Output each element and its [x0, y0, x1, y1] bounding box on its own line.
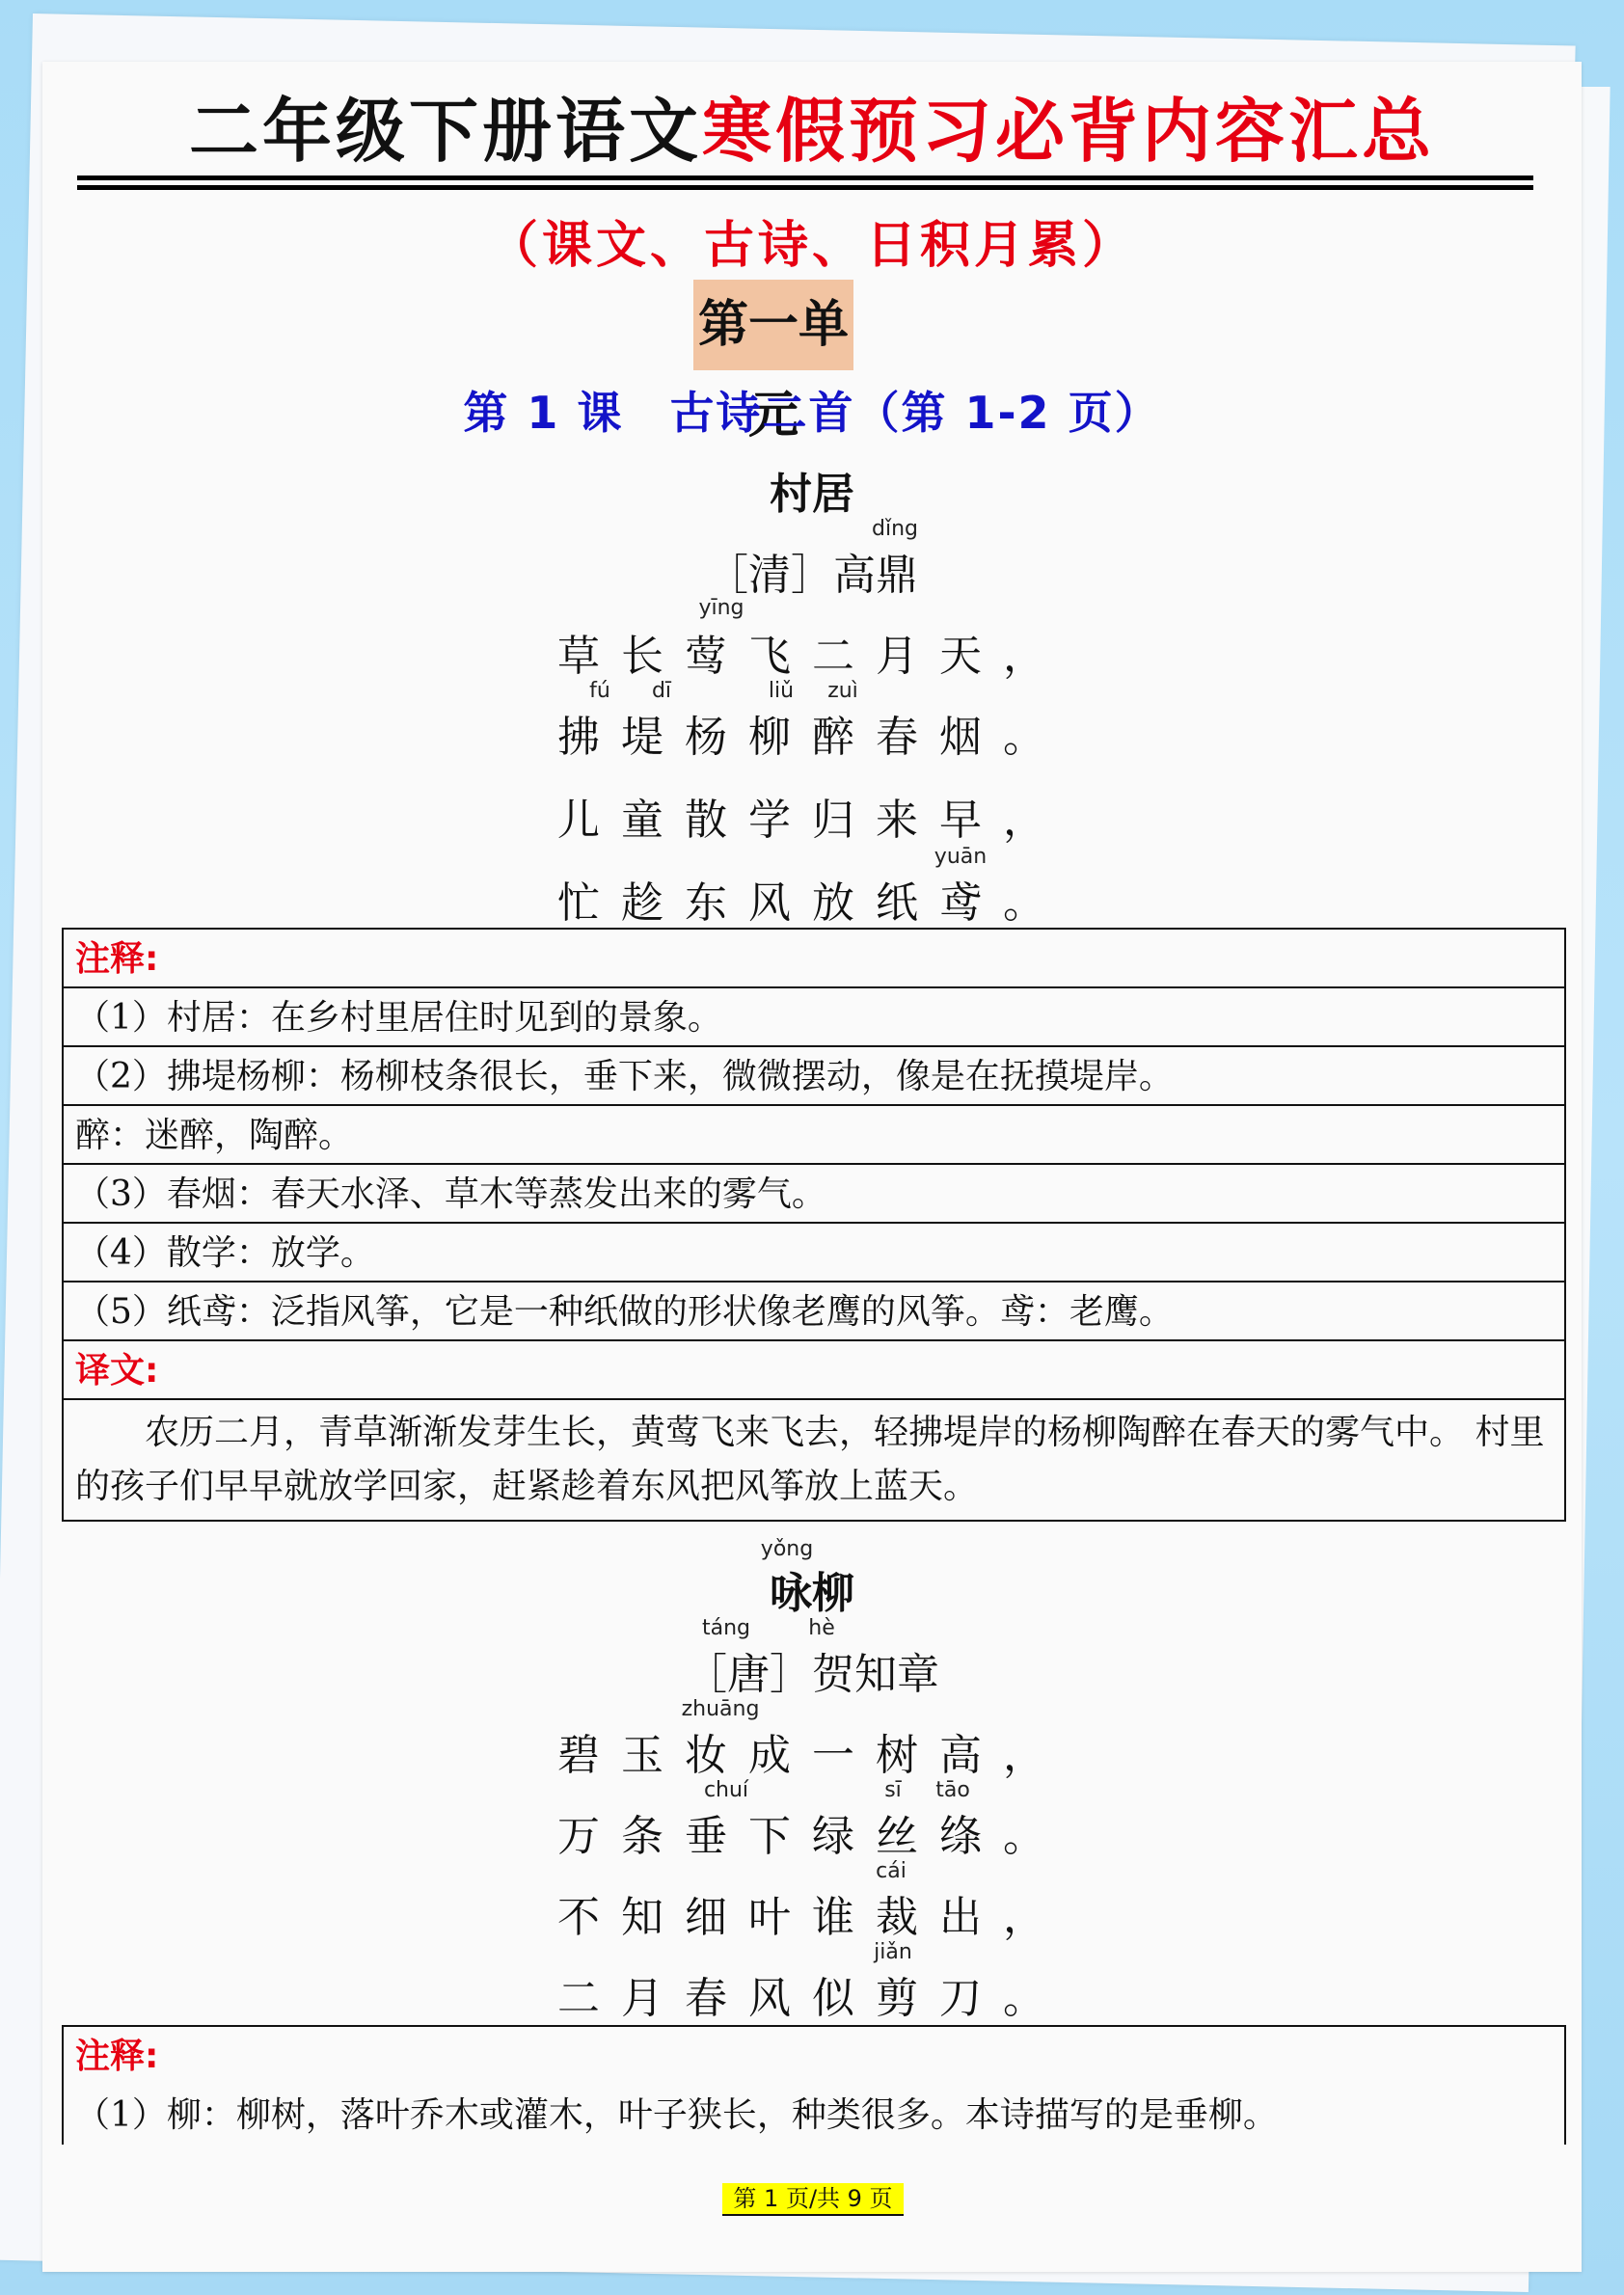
pinyin: chuí — [704, 1778, 748, 1802]
pinyin: liǔ — [769, 679, 794, 703]
pinyin: fú — [589, 679, 610, 703]
poem2-line-4: 二月春风似剪刀。 — [42, 1963, 1582, 2025]
note-item: （2）拂堤杨柳：杨柳枝条很长，垂下来，微微摆动，像是在抚摸堤岸。 — [64, 1047, 1564, 1106]
pinyin: yuān — [934, 845, 987, 869]
note-item: （4）散学：放学。 — [64, 1224, 1564, 1282]
poem1-line-2: 拂堤杨柳醉春烟。 — [42, 702, 1582, 764]
title-divider-bottom — [77, 185, 1533, 190]
title-red-part: 寒假预习必背内容汇总 — [702, 91, 1435, 172]
document-title: 二年级下册语文寒假预习必背内容汇总 — [42, 96, 1582, 166]
poem1-line-4: 忙趁东风放纸鸢。 — [42, 868, 1582, 930]
pinyin: sī — [884, 1778, 902, 1802]
pinyin: dǐng — [872, 517, 918, 541]
translation-text: 农历二月，青草渐渐发芽生长，黄莺飞来飞去，轻拂堤岸的杨柳陶醉在春天的雾气中。 村… — [64, 1400, 1564, 1520]
note-item: （1）柳：柳树，落叶乔木或灌木，叶子狭长，种类很多。本诗描写的是垂柳。 — [64, 2086, 1564, 2145]
title-black-part: 二年级下册语文 — [189, 91, 702, 172]
document-page: 二年级下册语文寒假预习必背内容汇总 （课文、古诗、日积月累） 第一单元 第 1 … — [42, 62, 1582, 2272]
pinyin: yīng — [698, 596, 744, 620]
poem1-notes-table: 注释: （1）村居：在乡村里居住时见到的景象。 （2）拂堤杨柳：杨柳枝条很长，垂… — [62, 928, 1566, 1522]
title-divider-top — [77, 175, 1533, 180]
notes-label: 注释: — [64, 2027, 1564, 2086]
poem1-title: 村居 — [42, 459, 1582, 521]
pinyin: cái — [876, 1859, 907, 1883]
pinyin: hè — [808, 1616, 834, 1640]
notes-label: 注释: — [64, 930, 1564, 988]
pinyin: dī — [652, 679, 671, 703]
pinyin: tāo — [935, 1778, 970, 1802]
note-item: 醉：迷醉，陶醉。 — [64, 1106, 1564, 1165]
pinyin: jiǎn — [874, 1940, 912, 1964]
poem2-author: ［唐］贺知章 — [42, 1639, 1582, 1701]
poem1-line-1: 草长莺飞二月天， — [42, 621, 1582, 683]
poem1-author: ［清］高鼎 — [42, 540, 1582, 602]
poem2-line-1: 碧玉妆成一树高， — [42, 1720, 1582, 1782]
page-indicator: 第 1 页/共 9 页 — [722, 2183, 904, 2216]
translation-label: 译文: — [64, 1341, 1564, 1400]
poem2-line-2: 万条垂下绿丝绦。 — [42, 1801, 1582, 1863]
note-item: （3）春烟：春天水泽、草木等蒸发出来的雾气。 — [64, 1165, 1564, 1224]
unit-heading: 第一单元 — [693, 280, 853, 370]
poem1-line-3: 儿童散学归来早， — [42, 785, 1582, 847]
poem2-title: 咏柳 — [42, 1558, 1582, 1620]
lesson-heading: 第 1 课 古诗二首（第 1-2 页） — [42, 378, 1582, 442]
document-subtitle: （课文、古诗、日积月累） — [42, 204, 1582, 277]
pinyin: zuì — [827, 679, 858, 703]
pinyin: táng — [702, 1616, 750, 1640]
note-item: （1）村居：在乡村里居住时见到的景象。 — [64, 988, 1564, 1047]
note-item: （5）纸鸢：泛指风筝，它是一种纸做的形状像老鹰的风筝。鸢：老鹰。 — [64, 1282, 1564, 1341]
poem2-line-3: 不知细叶谁裁出， — [42, 1882, 1582, 1944]
poem2-notes-table: 注释: （1）柳：柳树，落叶乔木或灌木，叶子狭长，种类很多。本诗描写的是垂柳。 — [62, 2025, 1566, 2145]
pinyin: zhuāng — [682, 1697, 760, 1721]
